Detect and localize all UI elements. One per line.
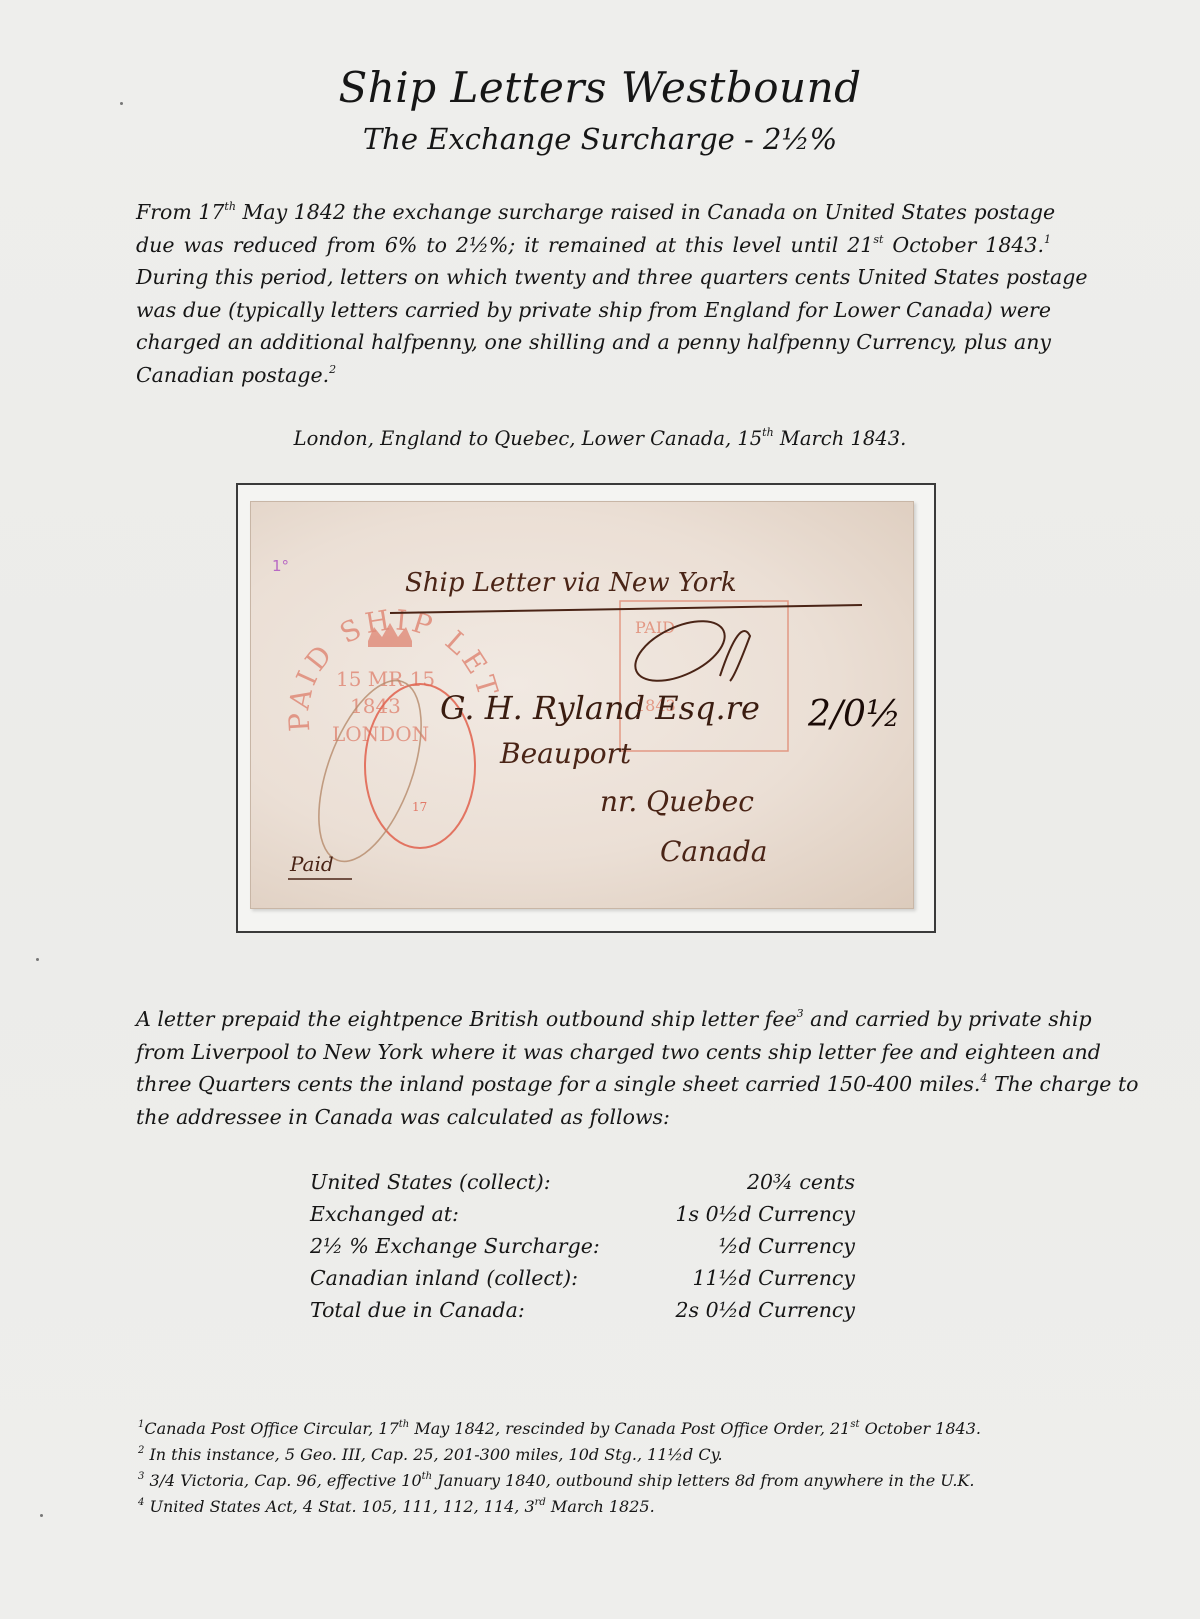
footnotes: 1Canada Post Office Circular, 17th May 1… (138, 1416, 1028, 1520)
paper-speck (36, 958, 39, 961)
page-subtitle: The Exchange Surcharge - 2½% (0, 122, 1200, 156)
paid-manuscript: Paid (289, 852, 334, 876)
intro-line: charged an additional halfpenny, one shi… (136, 326, 1051, 359)
pencil-note: 1° (272, 557, 289, 575)
rate-row: United States (collect):20¾ cents (310, 1166, 855, 1198)
footnote-ref[interactable]: 1 (1044, 233, 1051, 246)
cover-caption: London, England to Quebec, Lower Canada,… (0, 424, 1200, 454)
address-city: nr. Quebec (600, 785, 754, 818)
manuscript-route: Ship Letter via New York (405, 568, 737, 598)
intro-line: Canadian postage.2 (136, 359, 1051, 392)
rate-row: Canadian inland (collect):11½d Currency (310, 1262, 855, 1294)
rate-row-total: Total due in Canada:2s 0½d Currency (310, 1294, 855, 1326)
intro-paragraph: From 17th May 1842 the exchange surcharg… (136, 196, 1051, 391)
address-town: Beauport (499, 737, 632, 770)
calculation-paragraph: A letter prepaid the eightpence British … (136, 1003, 1051, 1133)
paper-speck (120, 102, 123, 105)
album-page: Ship Letters Westbound The Exchange Surc… (0, 0, 1200, 1619)
address-country: Canada (660, 835, 767, 868)
intro-line: was due (typically letters carried by pr… (136, 294, 1051, 327)
intro-line: From 17th May 1842 the exchange surcharg… (136, 196, 1051, 229)
svg-text:LONDON: LONDON (332, 722, 429, 746)
body-line: three Quarters cents the inland postage … (136, 1068, 1051, 1101)
cover-mount: 1° PAID SHIP LETTER 15 MR 15 1843 LONDON (236, 483, 936, 933)
cover-markings: 1° PAID SHIP LETTER 15 MR 15 1843 LONDON (250, 501, 914, 909)
stampless-cover-image: 1° PAID SHIP LETTER 15 MR 15 1843 LONDON (250, 501, 914, 909)
page-title: Ship Letters Westbound (0, 64, 1200, 112)
footnote-ref[interactable]: 2 (329, 363, 336, 376)
addressee-name: G. H. Ryland Esq.re (440, 689, 760, 727)
rate-calculation-table: United States (collect):20¾ cents Exchan… (310, 1166, 855, 1326)
svg-text:15 MR 15: 15 MR 15 (336, 667, 435, 691)
paper-speck (40, 1514, 43, 1517)
footnote-ref[interactable]: 3 (797, 1007, 804, 1020)
rate-row: Exchanged at:1s 0½d Currency (310, 1198, 855, 1230)
body-line: the addressee in Canada was calculated a… (136, 1101, 1051, 1134)
body-line: A letter prepaid the eightpence British … (136, 1003, 1051, 1036)
svg-text:PAID: PAID (635, 618, 675, 637)
intro-line: due was reduced from 6% to 2½%; it remai… (136, 229, 1051, 262)
rate-due: 2/0½ (807, 694, 901, 735)
intro-line: During this period, letters on which twe… (136, 261, 1051, 294)
rate-row: 2½ % Exchange Surcharge:½d Currency (310, 1230, 855, 1262)
footnote-1: 1Canada Post Office Circular, 17th May 1… (138, 1416, 1028, 1442)
svg-text:17: 17 (412, 800, 427, 814)
footnote-3: 3 3/4 Victoria, Cap. 96, effective 10th … (138, 1468, 1028, 1494)
body-line: from Liverpool to New York where it was … (136, 1036, 1051, 1069)
footnote-2: 2 In this instance, 5 Geo. III, Cap. 25,… (138, 1442, 1028, 1468)
footnote-4: 4 United States Act, 4 Stat. 105, 111, 1… (138, 1494, 1028, 1520)
